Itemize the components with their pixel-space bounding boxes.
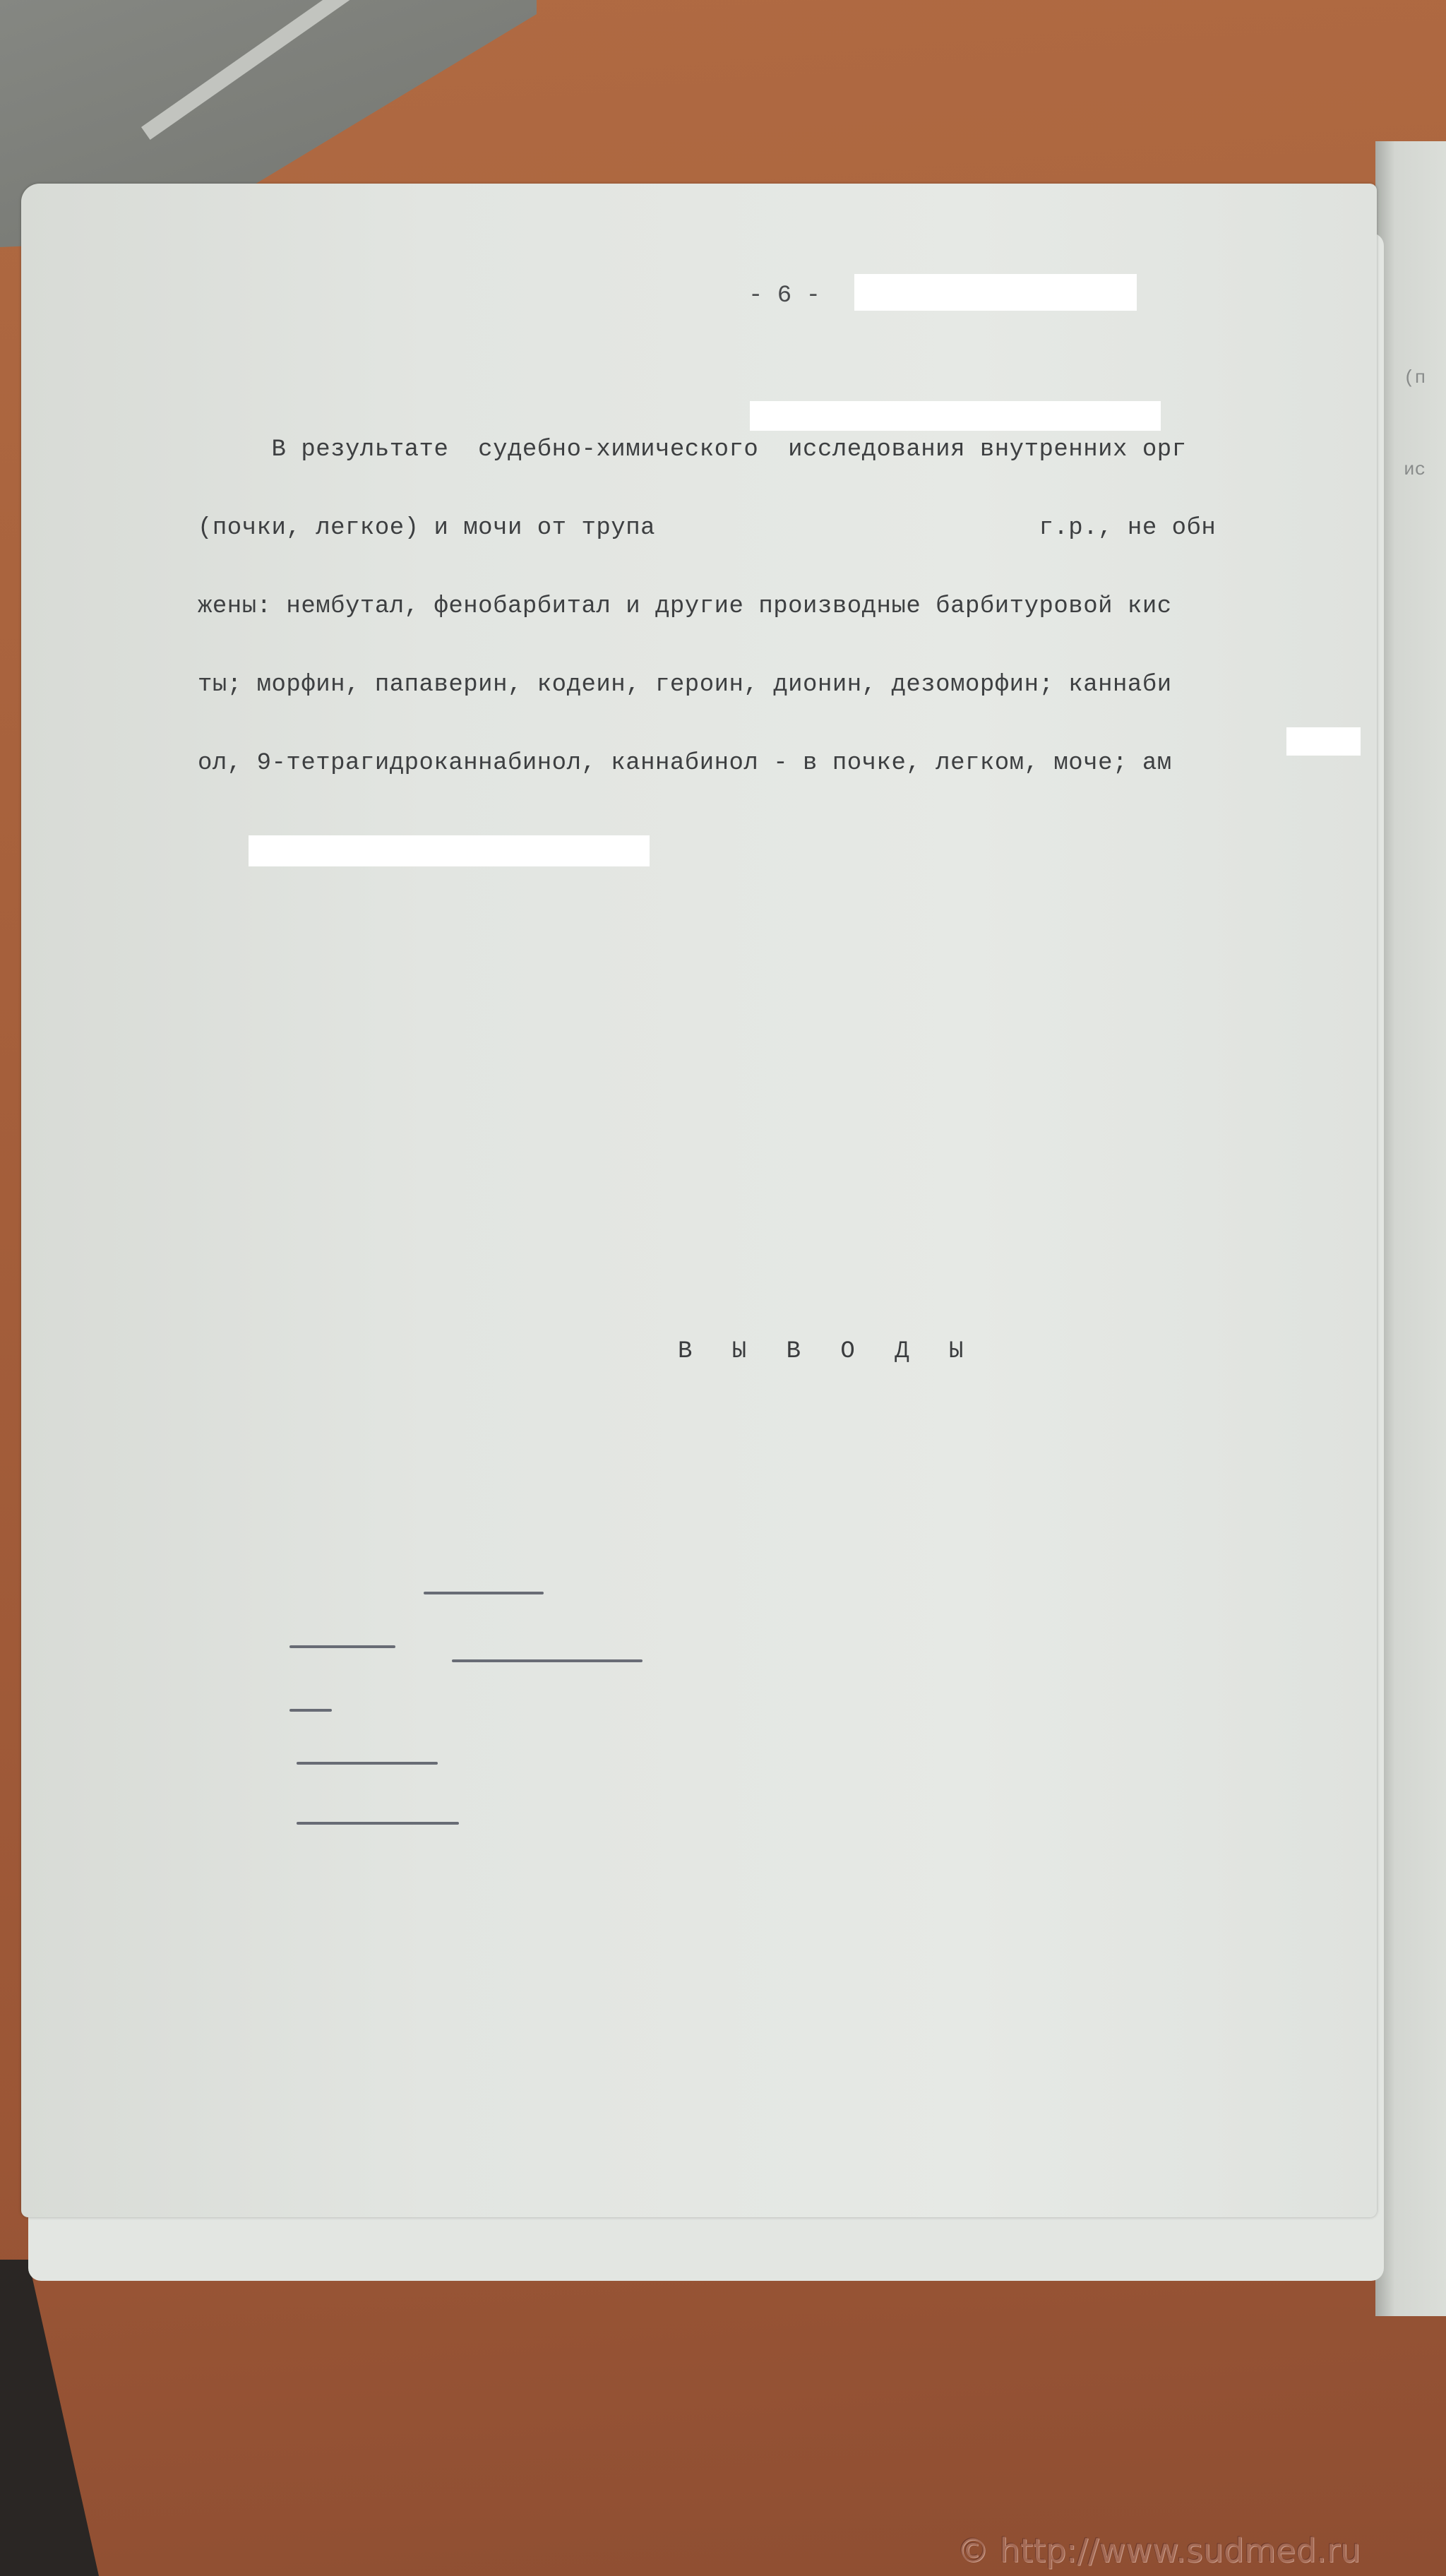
pen-underline: [424, 1592, 544, 1594]
dark-object-edge: [0, 2260, 113, 2576]
pen-underline: [289, 1709, 332, 1712]
pen-underline: [289, 1645, 395, 1648]
text-line: ол, 9-тетрагидроканнабинол, каннабинол -…: [198, 751, 1377, 777]
pen-underline: [452, 1659, 643, 1662]
redaction-box: [750, 401, 1161, 431]
pen-underline: [297, 1822, 459, 1825]
adjacent-page-fragment: (п: [1404, 367, 1426, 388]
text-line: жены: нембутал, фенобарбитал и другие пр…: [198, 594, 1377, 620]
redaction-box: [1286, 727, 1361, 756]
certificate-paragraph: Выдано медицинское свидетельство о смерт…: [198, 798, 1377, 824]
text-line: (почки, легкое) и мочи от трупа г.р., не…: [198, 515, 1377, 542]
redaction-box: [249, 835, 650, 866]
adjacent-page: (п ис: [1375, 141, 1446, 2316]
site-watermark: © http://www.sudmed.ru: [957, 2532, 1361, 2570]
adjacent-page-fragment: ис: [1404, 459, 1426, 480]
chemistry-paragraph: В результате судебно-химического исследо…: [198, 385, 1377, 824]
document-body: В результате судебно-химического исследо…: [198, 275, 1377, 824]
text-line: В результате судебно-химического исследо…: [198, 437, 1377, 463]
pen-underline: [297, 1762, 438, 1765]
conclusions-heading: В Ы В О Д Ы: [678, 1338, 976, 1365]
text-line: ты; морфин, папаверин, кодеин, героин, д…: [198, 672, 1377, 698]
